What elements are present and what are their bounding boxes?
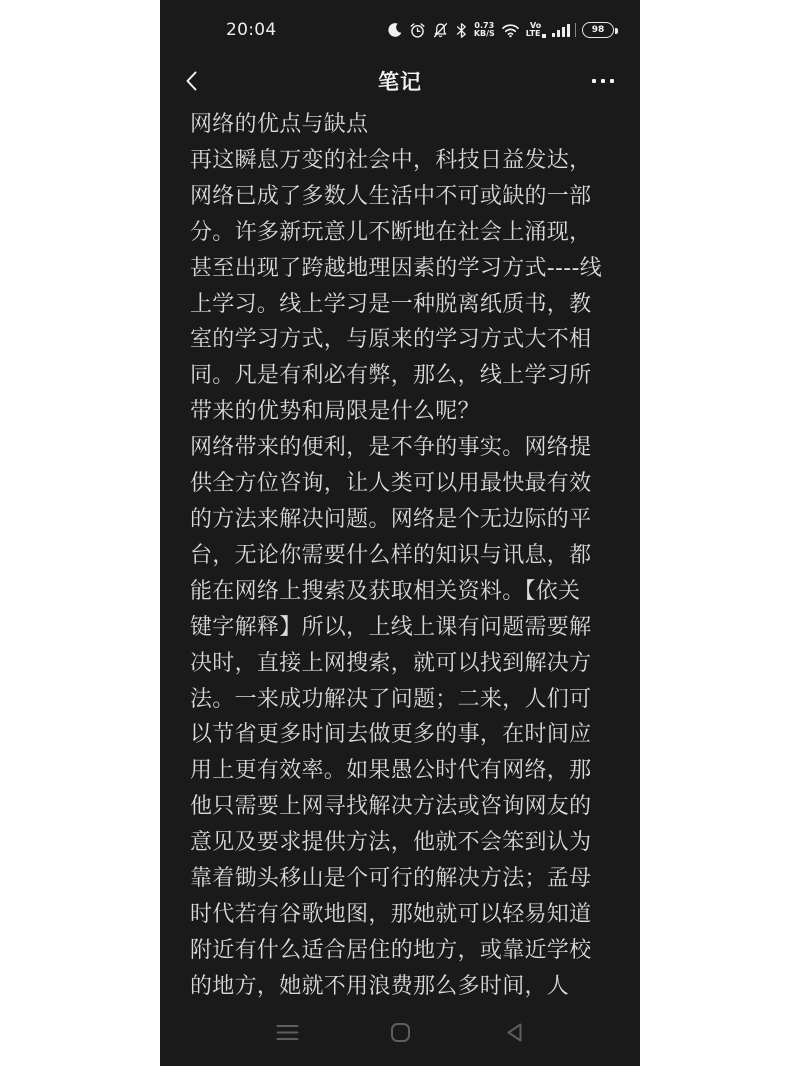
page-title: 笔记 — [378, 66, 422, 96]
back-nav-button[interactable] — [501, 1019, 527, 1045]
bluetooth-icon — [455, 22, 468, 39]
note-line: 上学习。线上学习是一种脱离纸质书，教 — [190, 287, 618, 323]
note-line: 法。一来成功解决了问题；二来，人们可 — [190, 682, 618, 718]
note-line: 意见及要求提供方法，他就不会笨到认为 — [190, 825, 618, 861]
note-line: 甚至出现了跨越地理因素的学习方式----线 — [190, 251, 618, 287]
battery-icon: 98 — [582, 22, 614, 38]
signal-separator — [575, 23, 577, 37]
signal-bars-icon — [552, 23, 577, 37]
note-line: 再这瞬息万变的社会中，科技日益发达， — [190, 143, 618, 179]
note-line: 网络的优点与缺点 — [190, 107, 618, 143]
menu-icon — [276, 1024, 299, 1041]
android-nav-bar — [160, 1008, 640, 1066]
battery-nub — [615, 28, 618, 34]
home-button[interactable] — [388, 1019, 414, 1045]
note-body[interactable]: 网络的优点与缺点 再这瞬息万变的社会中，科技日益发达， 网络已成了多数人生活中不… — [190, 107, 618, 1005]
note-line: 供全方位咨询，让人类可以用最快最有效 — [190, 466, 618, 502]
note-line: 的方法来解决问题。网络是个无边际的平 — [190, 502, 618, 538]
volte-hd-box — [542, 34, 546, 38]
note-line: 能在网络上搜索及获取相关资料。【依关 — [190, 574, 618, 610]
note-line: 他只需要上网寻找解决方法或咨询网友的 — [190, 789, 618, 825]
moon-icon — [387, 22, 403, 38]
note-line: 网络带来的便利，是不争的事实。网络提 — [190, 430, 618, 466]
note-line: 用上更有效率。如果愚公时代有网络，那 — [190, 753, 618, 789]
note-line: 的地方，她就不用浪费那么多时间，人 — [190, 969, 618, 1005]
bell-muted-icon — [432, 22, 449, 39]
alarm-clock-icon — [409, 22, 426, 39]
wifi-icon — [501, 22, 520, 38]
note-line: 台，无论你需要什么样的知识与讯息，都 — [190, 538, 618, 574]
note-line: 以节省更多时间去做更多的事，在时间应 — [190, 717, 618, 753]
note-line: 室的学习方式，与原来的学习方式大不相 — [190, 322, 618, 358]
note-line: 网络已成了多数人生活中不可或缺的一部 — [190, 179, 618, 215]
phone-screen: 20:04 — [160, 0, 640, 1066]
status-bar: 20:04 — [160, 0, 640, 46]
back-button[interactable] — [178, 67, 206, 95]
status-time: 20:04 — [226, 20, 277, 40]
back-triangle-icon — [505, 1022, 524, 1043]
volte-bottom: LTE — [526, 30, 541, 38]
ellipsis-icon — [592, 79, 596, 83]
battery-percent: 98 — [592, 25, 605, 35]
note-line: 分。许多新玩意儿不断地在社会上涌现， — [190, 215, 618, 251]
note-line: 决时，直接上网搜索，就可以找到解决方 — [190, 646, 618, 682]
more-menu-button[interactable] — [592, 67, 614, 95]
home-icon — [390, 1022, 411, 1043]
note-header: 笔记 — [160, 57, 640, 105]
note-line: 带来的优势和局限是什么呢？ — [190, 394, 618, 430]
note-line: 靠着锄头移山是个可行的解决方法；孟母 — [190, 861, 618, 897]
volte-text: Vo LTE — [526, 22, 546, 38]
recents-menu-button[interactable] — [274, 1019, 300, 1045]
note-line: 附近有什么适合居住的地方，或靠近学校 — [190, 933, 618, 969]
status-icons: 0.73 KB/S Vo LTE — [387, 22, 614, 39]
note-line: 时代若有谷歌地图，那她就可以轻易知道 — [190, 897, 618, 933]
chevron-left-icon — [182, 70, 202, 92]
network-speed-text: 0.73 KB/S — [474, 22, 495, 38]
note-line: 键字解释】所以，上线上课有问题需要解 — [190, 610, 618, 646]
note-line: 同。凡是有利必有弊，那么，线上学习所 — [190, 358, 618, 394]
network-speed-unit: KB/S — [474, 30, 495, 38]
